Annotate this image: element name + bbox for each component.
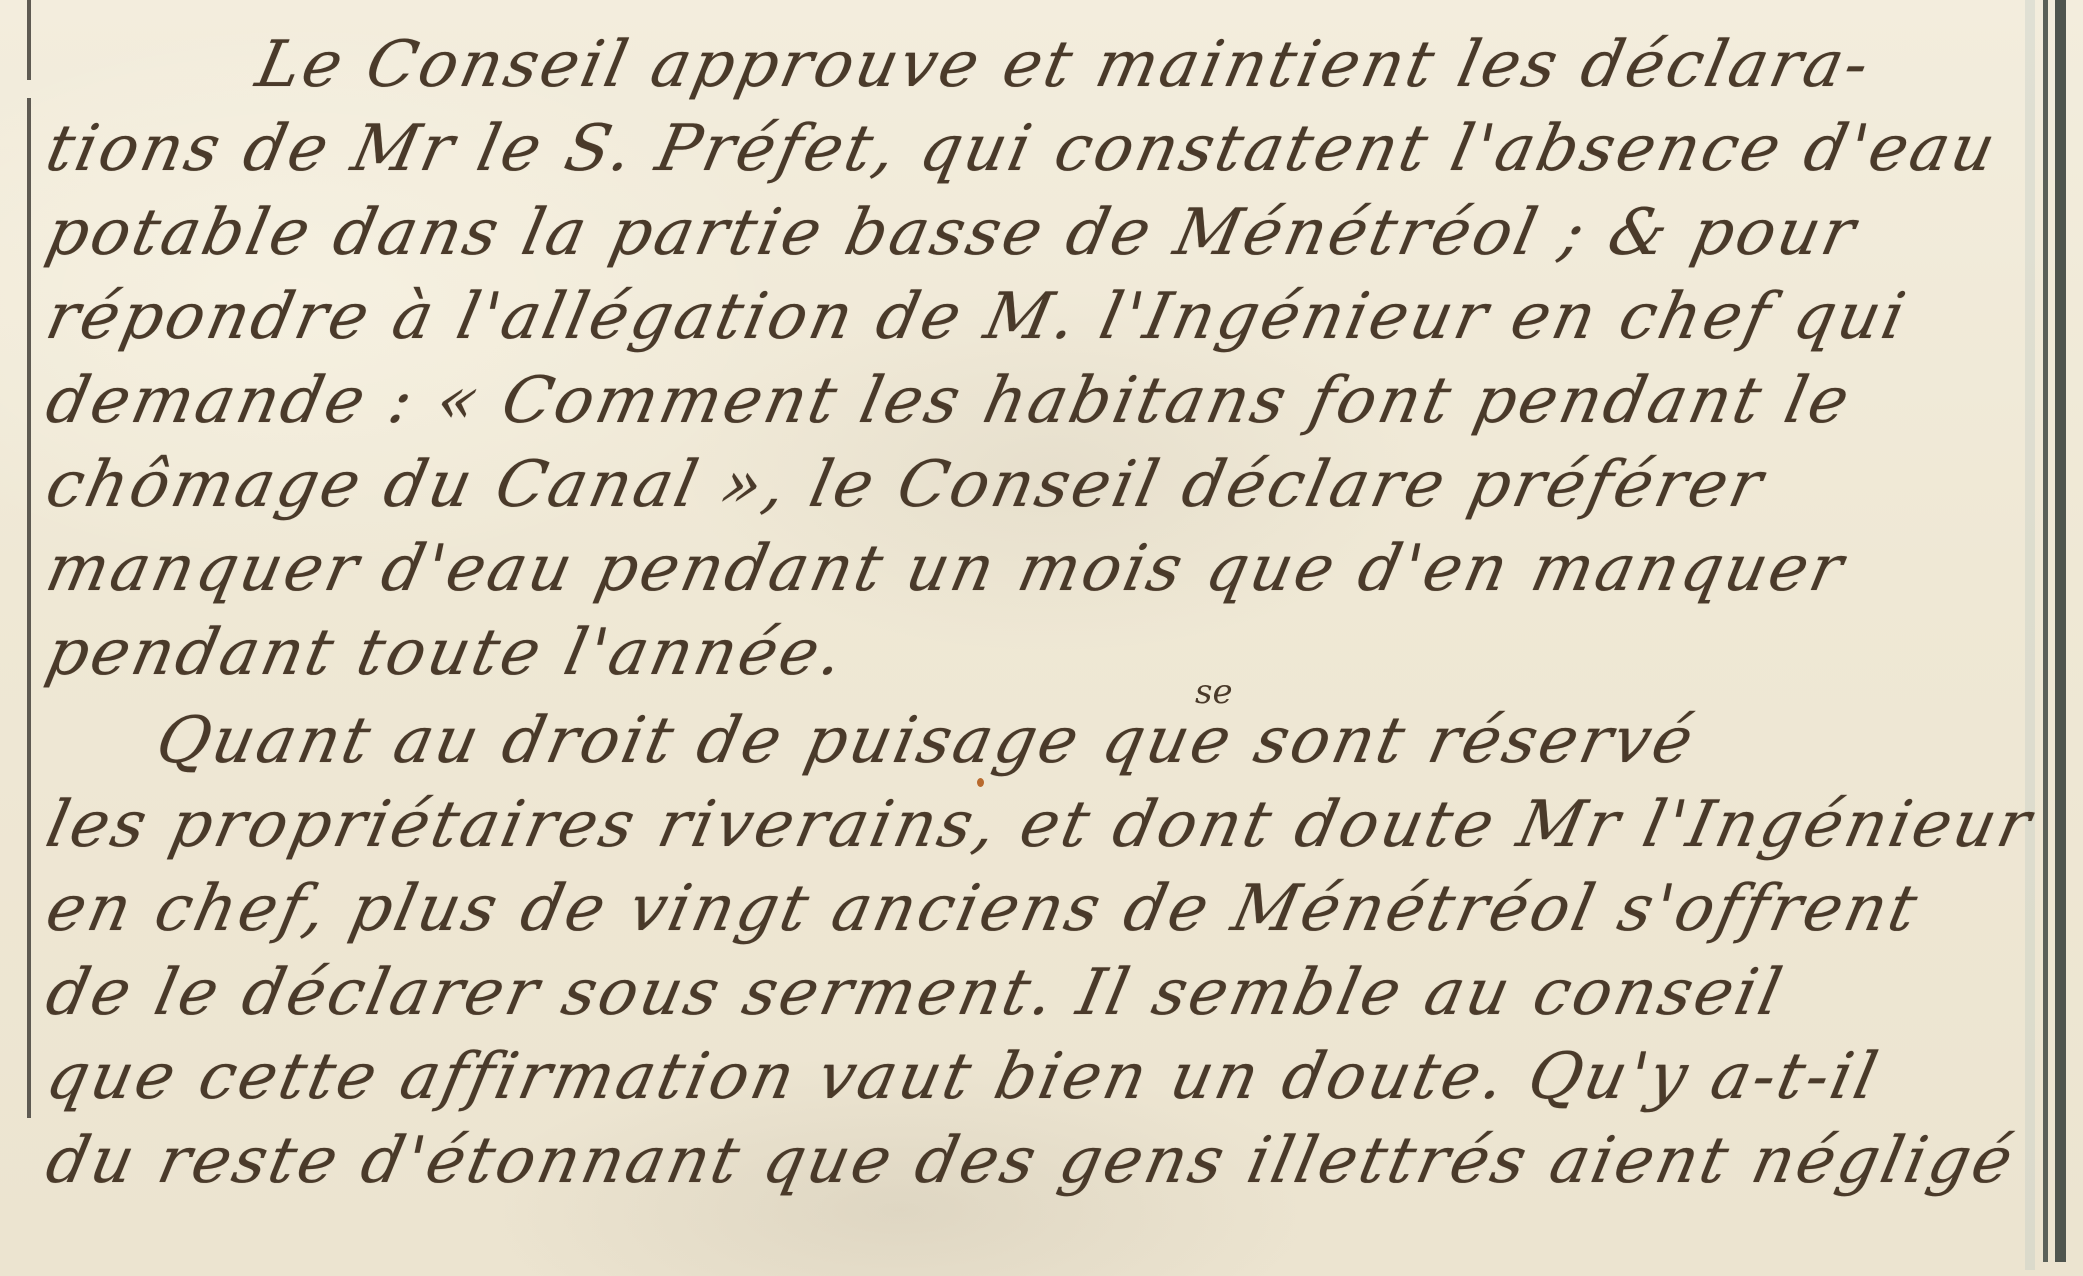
text-line-3: potable dans la partie basse de Ménétréo…: [40, 196, 1864, 270]
right-rule-shadow: [2025, 0, 2035, 1270]
text-line-8: pendant toute l'année.: [40, 616, 852, 690]
text-line-14: du reste d'étonnant que des gens illettr…: [40, 1124, 2022, 1198]
text-line-11: en chef, plus de vingt anciens de Ménétr…: [40, 872, 1926, 946]
manuscript-page: Le Conseil approuve et maintient les déc…: [0, 0, 2083, 1276]
text-line-5: demande : « Comment les habitans font pe…: [40, 364, 1858, 438]
text-line-1: Le Conseil approuve et maintient les déc…: [250, 28, 1878, 102]
right-margin-rule-inner: [2043, 0, 2048, 1262]
text-line-6: chômage du Canal », le Conseil déclare p…: [40, 448, 1772, 522]
right-margin-rule-outer: [2055, 0, 2066, 1262]
text-line-7: manquer d'eau pendant un mois que d'en m…: [40, 532, 1852, 606]
ink-speck: [977, 778, 984, 787]
text-line-2: tions de Mr le S. Préfet, qui constatent…: [40, 112, 2004, 186]
left-margin-rule-top: [27, 0, 31, 80]
text-line-9: Quant au droit de puisage que sont réser…: [150, 704, 1702, 778]
text-line-13: que cette affirmation vaut bien un doute…: [40, 1040, 1886, 1114]
text-line-12: de le déclarer sous serment. Il semble a…: [40, 956, 1791, 1030]
text-line-4: répondre à l'allégation de M. l'Ingénieu…: [40, 280, 1914, 354]
text-line-10: les propriétaires riverains, et dont dou…: [40, 788, 2040, 862]
left-margin-rule: [27, 98, 31, 1118]
